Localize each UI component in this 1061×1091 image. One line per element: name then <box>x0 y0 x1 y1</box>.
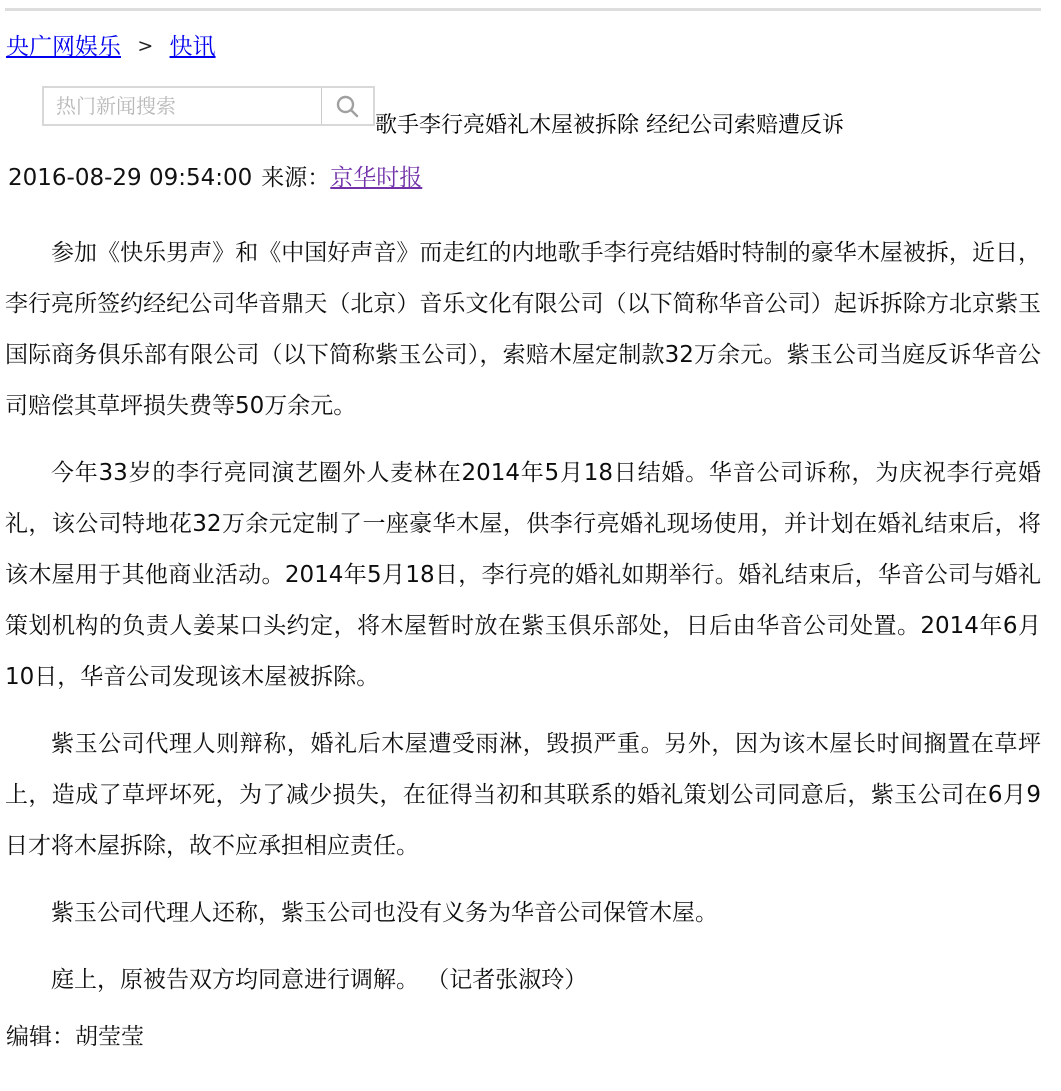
search-input[interactable] <box>44 88 321 124</box>
source-label: 来源： <box>261 165 330 191</box>
editor-line: 编辑：胡莹莹 <box>6 1022 1041 1052</box>
magnifier-icon <box>334 93 361 120</box>
breadcrumb-separator: > <box>137 35 153 57</box>
article-body: 参加《快乐男声》和《中国好声音》而走红的内地歌手李行亮结婚时特制的豪华木屋被拆，… <box>5 228 1041 1006</box>
breadcrumb-link-section[interactable]: 快讯 <box>170 34 216 60</box>
source-link[interactable]: 京华时报 <box>330 165 422 191</box>
search-button[interactable] <box>321 88 373 124</box>
top-divider <box>5 8 1041 11</box>
article-paragraph: 庭上，原被告双方均同意进行调解。 （记者张淑玲） <box>5 955 1041 1006</box>
article-paragraph: 参加《快乐男声》和《中国好声音》而走红的内地歌手李行亮结婚时特制的豪华木屋被拆，… <box>5 228 1041 432</box>
article-paragraph: 今年33岁的李行亮同演艺圈外人麦林在2014年5月18日结婚。华音公司诉称，为庆… <box>5 448 1041 703</box>
header-row: 歌手李行亮婚礼木屋被拆除 经纪公司索赔遭反诉 <box>42 86 1041 126</box>
breadcrumb: 央广网娱乐 > 快讯 <box>6 31 1041 62</box>
article-paragraph: 紫玉公司代理人则辩称，婚礼后木屋遭受雨淋，毁损严重。另外，因为该木屋长时间搁置在… <box>5 719 1041 872</box>
publish-datetime: 2016-08-29 09:54:00 <box>8 165 252 191</box>
article-paragraph: 紫玉公司代理人还称，紫玉公司也没有义务为华音公司保管木屋。 <box>5 888 1041 939</box>
breadcrumb-link-channel[interactable]: 央广网娱乐 <box>6 34 121 60</box>
article-meta: 2016-08-29 09:54:00来源：京华时报 <box>8 163 1041 193</box>
search-box <box>42 86 375 126</box>
article-title: 歌手李行亮婚礼木屋被拆除 经纪公司索赔遭反诉 <box>375 108 844 139</box>
